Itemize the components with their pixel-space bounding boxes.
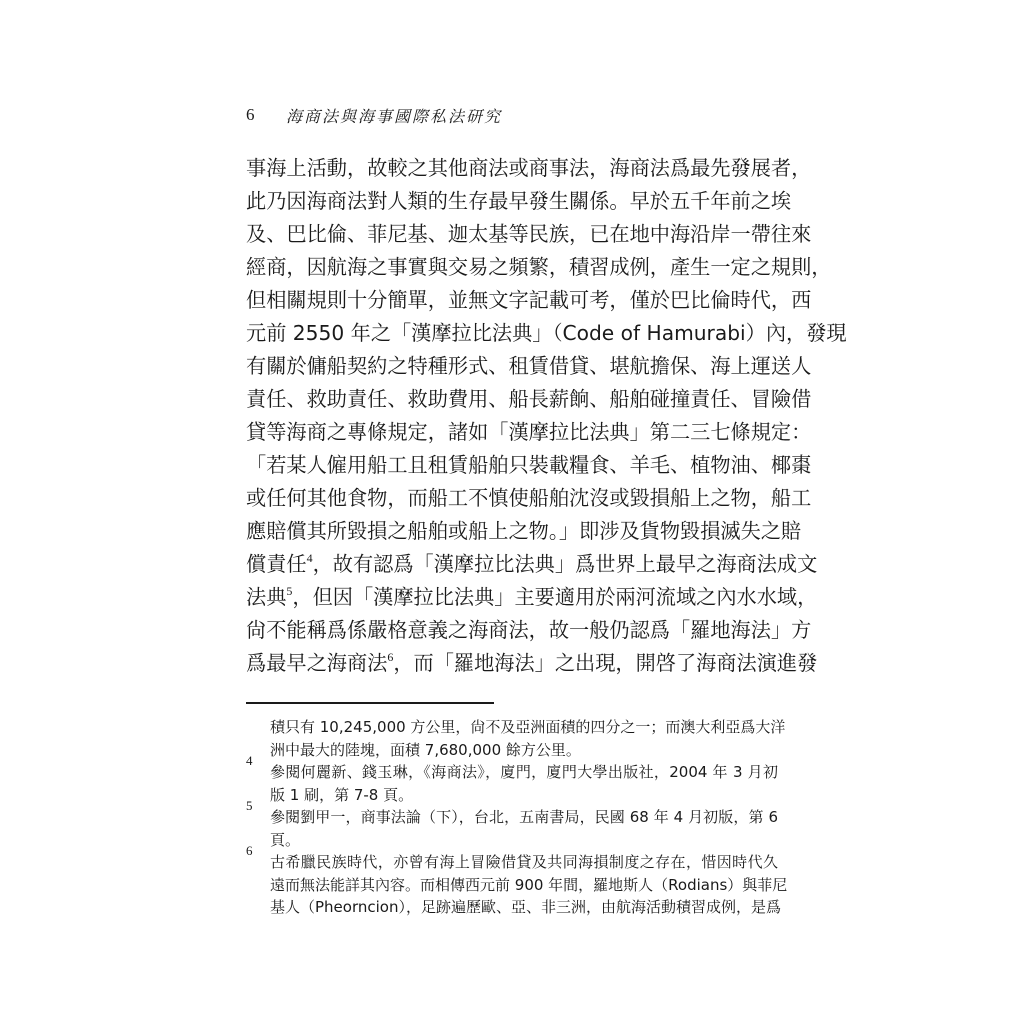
footnote-line: 遠而無法能詳其內容。而相傳西元前 900 年間，羅地斯人（Rodians）與菲尼 [270,874,778,897]
line-text: 償責任 [246,552,307,576]
footnote-line: 參閱劉甲一，商事法論（下），台北，五南書局，民國 68 年 4 月初版，第 6 [270,806,778,829]
body-line: 「若某人僱用船工且租賃船舶只裝載糧食、羊毛、植物油、椰棗 [246,449,778,482]
line-text: ，而「羅地海法」之出現，開啓了海商法演進發 [393,651,817,675]
book-page: 6 海商法與海事國際私法研究 事海上活動，故較之其他商法或商事法，海商法爲最先發… [0,0,1024,1024]
footnote-separator [246,702,494,704]
body-line: 應賠償其所毀損之船舶或船上之物。」即涉及貨物毀損滅失之賠 [246,515,778,548]
body-line-with-footnote-ref: 法典5，但因「漢摩拉比法典」主要適用於兩河流域之內水水域， [246,581,778,614]
footnote-line: 古希臘民族時代，亦曾有海上冒險借貸及共同海損制度之存在，惜因時代久 [270,851,778,874]
footnote-line: 洲中最大的陸塊，面積 7,680,000 餘方公里。 [270,739,778,762]
body-text: 事海上活動，故較之其他商法或商事法，海商法爲最先發展者， 此乃因海商法對人類的生… [246,152,778,680]
body-line: 尙不能稱爲係嚴格意義之海商法，故一般仍認爲「羅地海法」方 [246,614,778,647]
body-line: 但相關規則十分簡單，並無文字記載可考，僅於巴比倫時代，西 [246,284,778,317]
line-text: ，但因「漢摩拉比法典」主要適用於兩河流域之內水水域， [292,585,817,609]
page-number: 6 [246,105,286,125]
body-line: 元前 2550 年之「漢摩拉比法典」（Code of Hamurabi）內，發現 [246,317,778,350]
running-head: 6 海商法與海事國際私法研究 [246,104,502,126]
body-line: 及、巴比倫、菲尼基、迦太基等民族，已在地中海沿岸一帶往來 [246,218,778,251]
body-line: 責任、救助責任、救助費用、船長薪餉、船舶碰撞責任、冒險借 [246,383,778,416]
footnote-line: 版 1 刷，第 7-8 頁。 [270,784,778,807]
footnote-line: 積只有 10,245,000 方公里，尙不及亞洲面積的四分之一；而澳大利亞爲大洋 [270,716,778,739]
line-text: 爲最早之海商法 [246,651,387,675]
footnote-number: 6 [246,843,253,859]
body-line: 貸等海商之專條規定，諸如「漢摩拉比法典」第二三七條規定： [246,416,778,449]
body-line: 或任何其他食物，而船工不慎使船舶沈沒或毀損船上之物，船工 [246,482,778,515]
footnote-6: 6 古希臘民族時代，亦曾有海上冒險借貸及共同海損制度之存在，惜因時代久 遠而無法… [246,851,778,919]
footnote-line: 頁。 [270,829,778,852]
body-line: 此乃因海商法對人類的生存最早發生關係。早於五千年前之埃 [246,185,778,218]
footnote-continued: 積只有 10,245,000 方公里，尙不及亞洲面積的四分之一；而澳大利亞爲大洋… [246,716,778,761]
body-line: 事海上活動，故較之其他商法或商事法，海商法爲最先發展者， [246,152,778,185]
line-text: 法典 [246,585,286,609]
footnote-4: 4 參閱何麗新、錢玉琳，《海商法》，廈門，廈門大學出版社，2004 年 3 月初… [246,761,778,806]
footnote-line: 參閱何麗新、錢玉琳，《海商法》，廈門，廈門大學出版社，2004 年 3 月初 [270,761,778,784]
body-line-with-footnote-ref: 償責任4，故有認爲「漢摩拉比法典」爲世界上最早之海商法成文 [246,548,778,581]
body-line-with-footnote-ref: 爲最早之海商法6，而「羅地海法」之出現，開啓了海商法演進發 [246,647,778,680]
footnote-5: 5 參閱劉甲一，商事法論（下），台北，五南書局，民國 68 年 4 月初版，第 … [246,806,778,851]
footnote-line: 基人（Pheorncion），足跡遍歷歐、亞、非三洲，由航海活動積習成例，是爲 [270,896,778,919]
footnote-number: 4 [246,753,253,769]
line-text: ，故有認爲「漢摩拉比法典」爲世界上最早之海商法成文 [313,552,818,576]
body-line: 有關於傭船契約之特種形式、租賃借貸、堪航擔保、海上運送人 [246,350,778,383]
body-line: 經商，因航海之事實與交易之頻繁，積習成例，產生一定之規則， [246,251,778,284]
book-title: 海商法與海事國際私法研究 [286,104,502,127]
footnote-number: 5 [246,798,253,814]
footnotes: 積只有 10,245,000 方公里，尙不及亞洲面積的四分之一；而澳大利亞爲大洋… [246,716,778,919]
